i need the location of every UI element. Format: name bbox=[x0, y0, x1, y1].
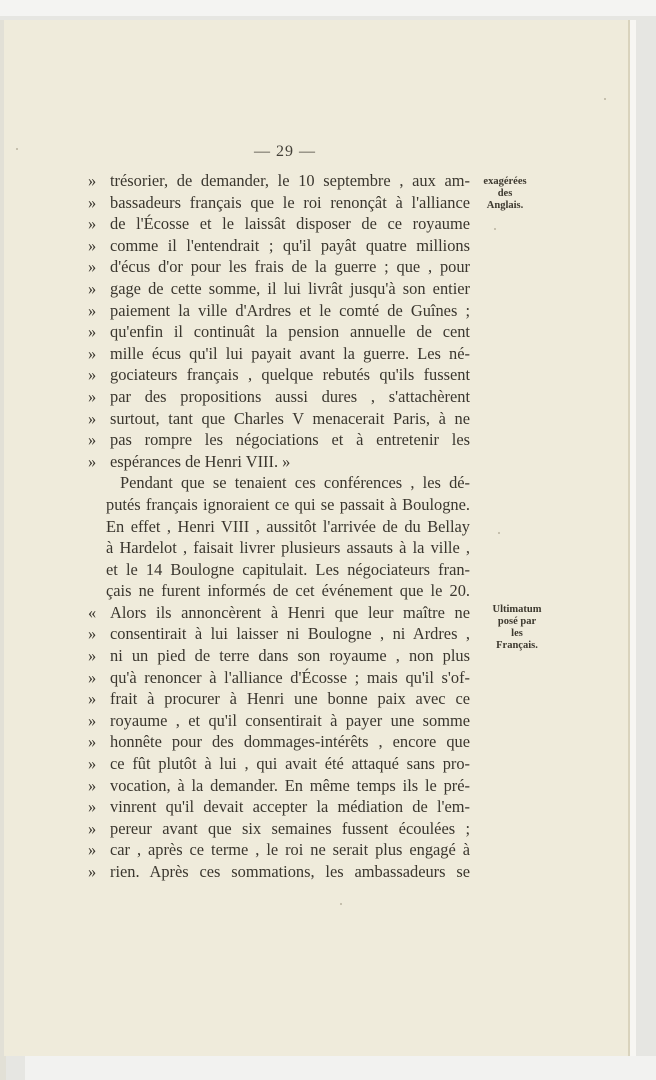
margin-note-line: Français. bbox=[462, 640, 572, 652]
text-line: »frait à procurer à Henri une bonne paix… bbox=[110, 688, 470, 710]
margin-note-line: Ultimatum bbox=[462, 604, 572, 616]
quote-mark: » bbox=[88, 321, 104, 343]
quote-mark: » bbox=[88, 731, 104, 753]
quote-mark: » bbox=[88, 710, 104, 732]
quote-mark: » bbox=[88, 688, 104, 710]
text-line: »vinrent qu'il devait accepter la médiat… bbox=[110, 796, 470, 818]
text-line: »royaume , et qu'il consentirait à payer… bbox=[110, 710, 470, 732]
quote-mark: » bbox=[88, 386, 104, 408]
quote-mark: » bbox=[88, 343, 104, 365]
paper-speck bbox=[340, 903, 342, 905]
quote-mark: » bbox=[88, 256, 104, 278]
text-line: »mille écus qu'il lui payait avant la gu… bbox=[110, 343, 470, 365]
paper-speck bbox=[498, 532, 500, 534]
body-text: »trésorier, de demander, le 10 septembre… bbox=[110, 170, 470, 883]
scan-bottom-border bbox=[25, 1056, 656, 1080]
quote-mark: » bbox=[88, 192, 104, 214]
quote-mark: » bbox=[88, 818, 104, 840]
text-line: »pas rompre les négociations et à entret… bbox=[110, 429, 470, 451]
quote-mark: » bbox=[88, 753, 104, 775]
text-line: »pereur avant que six semaines fussent é… bbox=[110, 818, 470, 840]
text-line: »consentirait à lui laisser ni Boulogne … bbox=[110, 623, 470, 645]
text-line: »espérances de Henri VIII. » bbox=[110, 451, 470, 473]
quote-mark: » bbox=[88, 429, 104, 451]
text-line: »par des propositions aussi dures , s'at… bbox=[110, 386, 470, 408]
text-line: »surtout, tant que Charles V menacerait … bbox=[110, 408, 470, 430]
text-line: »trésorier, de demander, le 10 septembre… bbox=[110, 170, 470, 192]
quote-mark: » bbox=[88, 235, 104, 257]
quote-mark: » bbox=[88, 861, 104, 883]
quote-mark: » bbox=[88, 796, 104, 818]
quote-mark: » bbox=[88, 623, 104, 645]
margin-note-line: posé par bbox=[462, 616, 572, 628]
quote-mark: » bbox=[88, 667, 104, 689]
text-line: »qu'à renoncer à l'alliance d'Écosse ; m… bbox=[110, 667, 470, 689]
margin-note-ultimatum: Ultimatum posé par les Français. bbox=[462, 604, 572, 652]
text-line: »qu'enfin il continuât la pension annuel… bbox=[110, 321, 470, 343]
text-line: »ni un pied de terre dans son royaume , … bbox=[110, 645, 470, 667]
quote-mark: » bbox=[88, 278, 104, 300]
quote-mark: » bbox=[88, 645, 104, 667]
page-number: — 29 — bbox=[0, 143, 570, 161]
quote-mark: » bbox=[88, 170, 104, 192]
quote-mark: » bbox=[88, 364, 104, 386]
text-line: »vocation, à la demander. En même temps … bbox=[110, 775, 470, 797]
text-line: çais ne furent informés de cet événement… bbox=[106, 580, 470, 602]
scan-top-border bbox=[0, 0, 656, 16]
paper-speck bbox=[604, 98, 606, 100]
text-line: »paiement la ville d'Ardres et le comté … bbox=[110, 300, 470, 322]
text-line: En effet , Henri VIII , aussitôt l'arriv… bbox=[106, 516, 470, 538]
paper-speck bbox=[494, 228, 496, 230]
text-line: »gociateurs français , quelque rebutés q… bbox=[110, 364, 470, 386]
margin-note-line: les bbox=[462, 628, 572, 640]
text-line: et le 14 Boulogne capitulait. Les négoci… bbox=[106, 559, 470, 581]
quote-mark: » bbox=[88, 839, 104, 861]
text-line: »gage de cette somme, il lui livrât jusq… bbox=[110, 278, 470, 300]
quote-mark: » bbox=[88, 408, 104, 430]
text-line: »bassadeurs français que le roi renonçât… bbox=[110, 192, 470, 214]
text-line: putés français ignoraient ce qui se pass… bbox=[106, 494, 470, 516]
quote-mark: » bbox=[88, 451, 104, 473]
quote-mark: » bbox=[88, 300, 104, 322]
text-line: »comme il l'entendrait ; qu'il payât qua… bbox=[110, 235, 470, 257]
quote-mark: » bbox=[88, 213, 104, 235]
text-line: »car , après ce terme , le roi ne serait… bbox=[110, 839, 470, 861]
text-line: à Hardelot , faisait livrer plusieurs as… bbox=[106, 537, 470, 559]
text-line: »rien. Après ces sommations, les ambassa… bbox=[110, 861, 470, 883]
text-line: »de l'Écosse et le laissât disposer de c… bbox=[110, 213, 470, 235]
quote-mark: » bbox=[88, 775, 104, 797]
quote-mark: « bbox=[88, 602, 104, 624]
text-line: »honnête pour des dommages-intérêts , en… bbox=[110, 731, 470, 753]
text-line: »ce fût plutôt à lui , qui avait été att… bbox=[110, 753, 470, 775]
text-line: »d'écus d'or pour les frais de la guerre… bbox=[110, 256, 470, 278]
text-line: «Alors ils annoncèrent à Henri que leur … bbox=[110, 602, 470, 624]
page-right-edge bbox=[630, 20, 636, 1056]
text-line: Pendant que se tenaient ces conférences … bbox=[110, 472, 470, 494]
